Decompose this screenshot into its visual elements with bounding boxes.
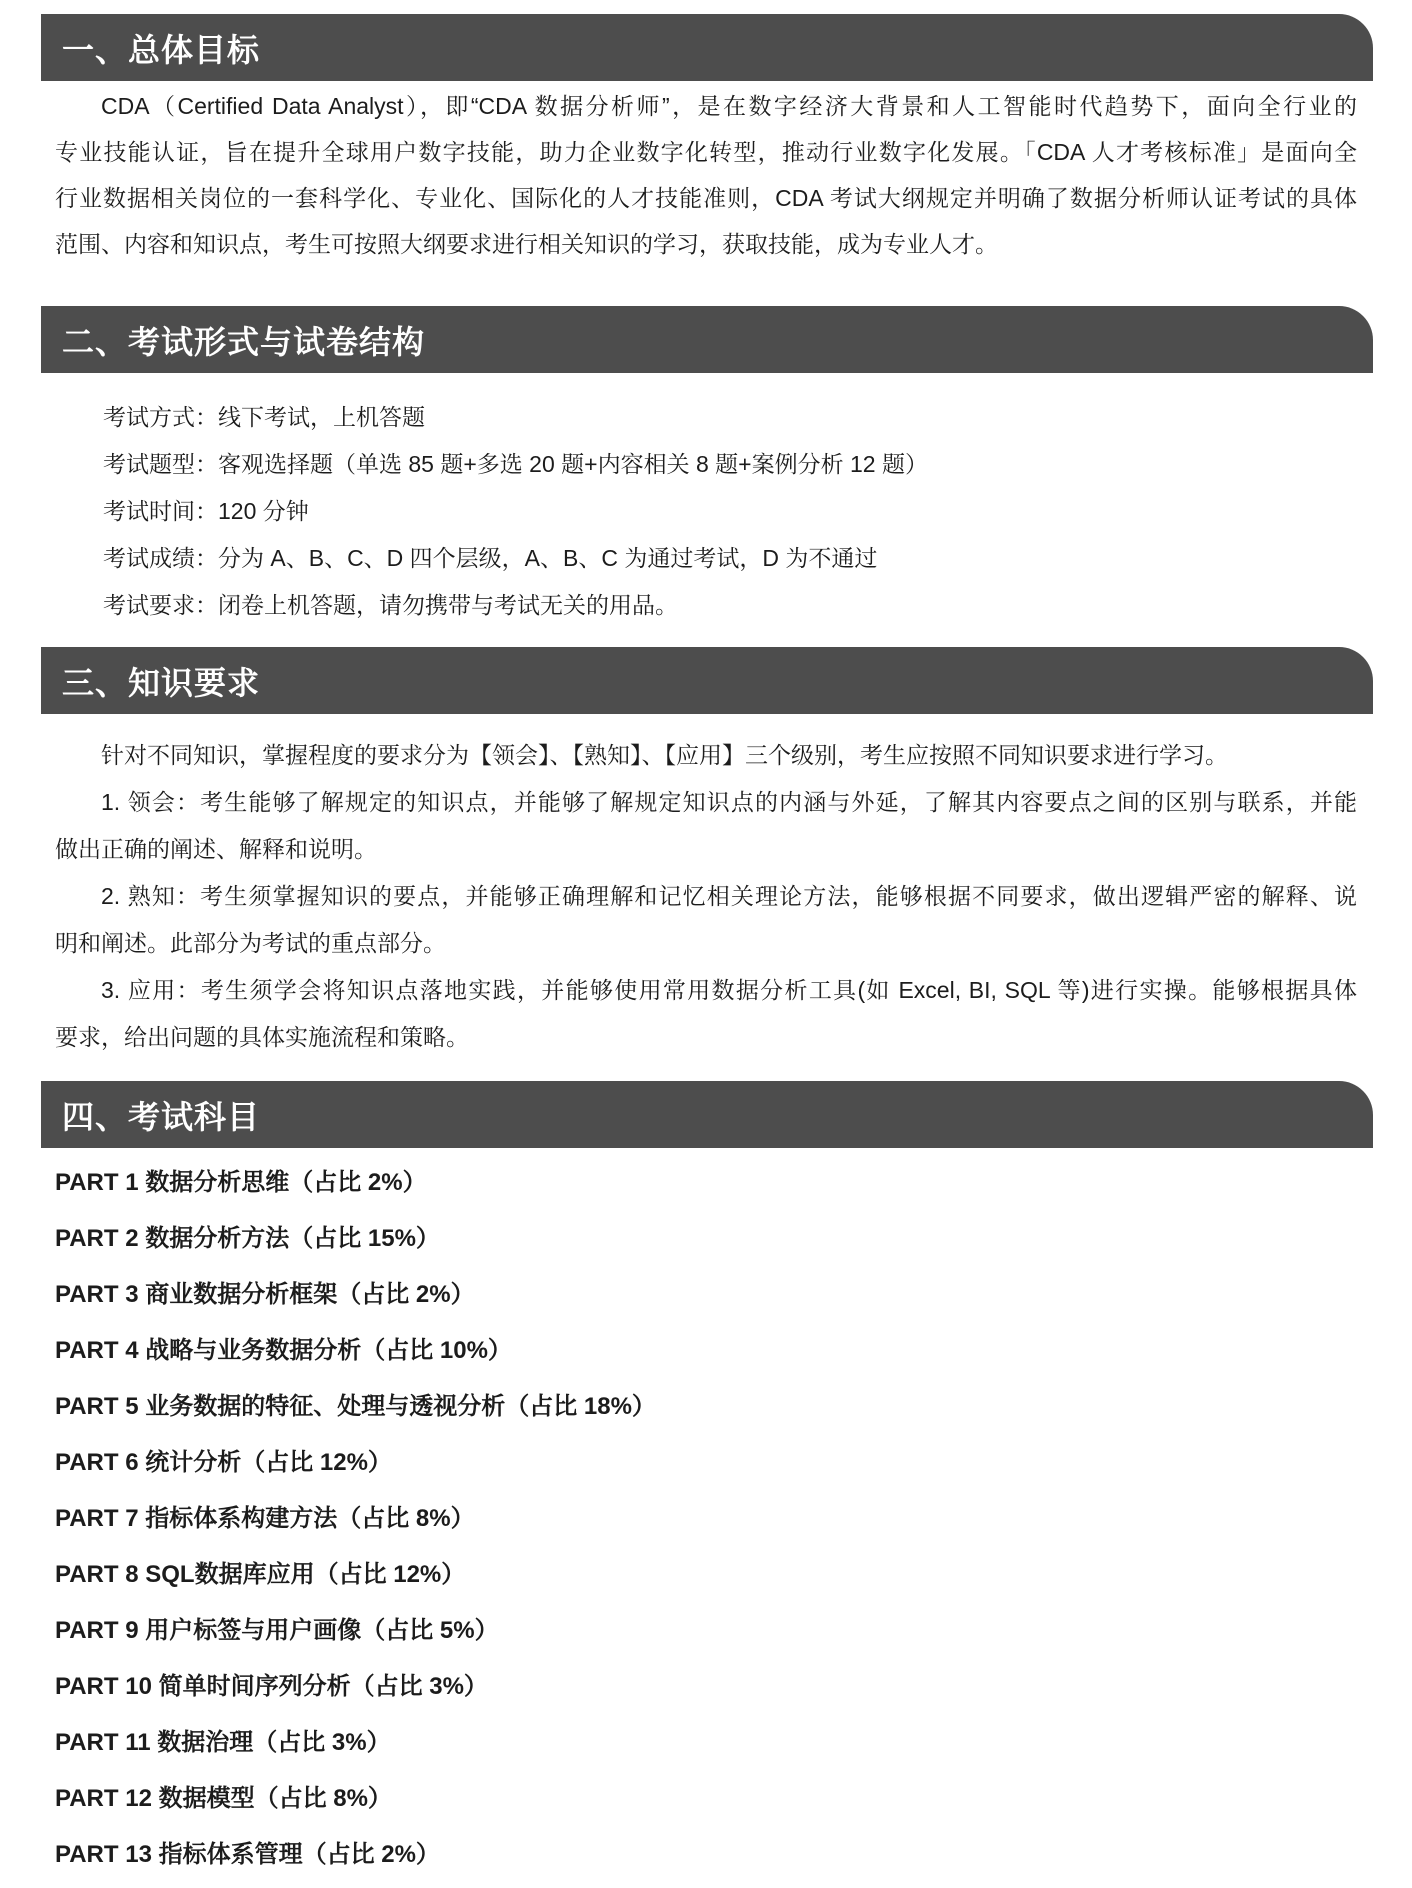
part-item-8: PART 8 SQL数据库应用（占比 12%）	[55, 1547, 1357, 1603]
exam-format-item-duration: 考试时间：120 分钟	[103, 488, 1357, 535]
document-page: 一、总体目标 CDA（Certified Data Analyst），即“CDA…	[0, 14, 1412, 1883]
paragraph-line: 针对不同知识，掌握程度的要求分为【领会】、【熟知】、【应用】三个级别，考生应按照…	[55, 732, 1357, 779]
part-item-3: PART 3 商业数据分析框架（占比 2%）	[55, 1267, 1357, 1323]
exam-format-list: 考试方式：线下考试，上机答题 考试题型：客观选择题（单选 85 题+多选 20 …	[55, 394, 1357, 629]
paragraph-line: 3. 应用：考生须学会将知识点落地实践，并能够使用常用数据分析工具(如 Exce…	[55, 967, 1357, 1014]
section-header-bar-exam-subjects: 四、考试科目	[41, 1081, 1373, 1148]
part-item-12: PART 12 数据模型（占比 8%）	[55, 1771, 1357, 1827]
section-heading-exam-subjects: 四、考试科目	[62, 1092, 260, 1138]
paragraph-line: 2. 熟知：考生须掌握知识的要点，并能够正确理解和记忆相关理论方法，能够根据不同…	[55, 873, 1357, 920]
exam-format-item-rules: 考试要求：闭卷上机答题，请勿携带与考试无关的用品。	[103, 582, 1357, 629]
paragraph-line: 做出正确的阐述、解释和说明。	[55, 826, 1357, 873]
part-item-10: PART 10 简单时间序列分析（占比 3%）	[55, 1659, 1357, 1715]
part-item-9: PART 9 用户标签与用户画像（占比 5%）	[55, 1603, 1357, 1659]
paragraph-line: 行业数据相关岗位的一套科学化、专业化、国际化的人才技能准则，CDA 考试大纲规定…	[55, 175, 1357, 221]
paragraph-line: CDA（Certified Data Analyst），即“CDA 数据分析师”…	[55, 83, 1357, 129]
section-heading-overall-goals: 一、总体目标	[62, 25, 260, 71]
section-header-bar-overall-goals: 一、总体目标	[41, 14, 1373, 81]
paragraph-line: 要求，给出问题的具体实施流程和策略。	[55, 1014, 1357, 1061]
part-item-7: PART 7 指标体系构建方法（占比 8%）	[55, 1491, 1357, 1547]
overall-goals-paragraph: CDA（Certified Data Analyst），即“CDA 数据分析师”…	[55, 83, 1357, 267]
part-item-13: PART 13 指标体系管理（占比 2%）	[55, 1827, 1357, 1883]
paragraph-line: 明和阐述。此部分为考试的重点部分。	[55, 920, 1357, 967]
part-item-6: PART 6 统计分析（占比 12%）	[55, 1435, 1357, 1491]
section-heading-exam-format: 二、考试形式与试卷结构	[62, 317, 425, 363]
section-header-bar-knowledge-requirements: 三、知识要求	[41, 647, 1373, 714]
exam-subjects-list: PART 1 数据分析思维（占比 2%） PART 2 数据分析方法（占比 15…	[55, 1155, 1357, 1883]
part-item-11: PART 11 数据治理（占比 3%）	[55, 1715, 1357, 1771]
part-item-2: PART 2 数据分析方法（占比 15%）	[55, 1211, 1357, 1267]
section-heading-knowledge-requirements: 三、知识要求	[62, 658, 260, 704]
exam-format-item-method: 考试方式：线下考试，上机答题	[103, 394, 1357, 441]
exam-format-item-grades: 考试成绩：分为 A、B、C、D 四个层级，A、B、C 为通过考试，D 为不通过	[103, 535, 1357, 582]
exam-format-item-types: 考试题型：客观选择题（单选 85 题+多选 20 题+内容相关 8 题+案例分析…	[103, 441, 1357, 488]
part-item-5: PART 5 业务数据的特征、处理与透视分析（占比 18%）	[55, 1379, 1357, 1435]
part-item-4: PART 4 战略与业务数据分析（占比 10%）	[55, 1323, 1357, 1379]
paragraph-line: 1. 领会：考生能够了解规定的知识点，并能够了解规定知识点的内涵与外延，了解其内…	[55, 779, 1357, 826]
paragraph-line: 专业技能认证，旨在提升全球用户数字技能，助力企业数字化转型，推动行业数字化发展。…	[55, 129, 1357, 175]
part-item-1: PART 1 数据分析思维（占比 2%）	[55, 1155, 1357, 1211]
section-header-bar-exam-format: 二、考试形式与试卷结构	[41, 306, 1373, 373]
knowledge-requirements-paragraphs: 针对不同知识，掌握程度的要求分为【领会】、【熟知】、【应用】三个级别，考生应按照…	[55, 732, 1357, 1061]
paragraph-line: 范围、内容和知识点，考生可按照大纲要求进行相关知识的学习，获取技能，成为专业人才…	[55, 221, 1357, 267]
